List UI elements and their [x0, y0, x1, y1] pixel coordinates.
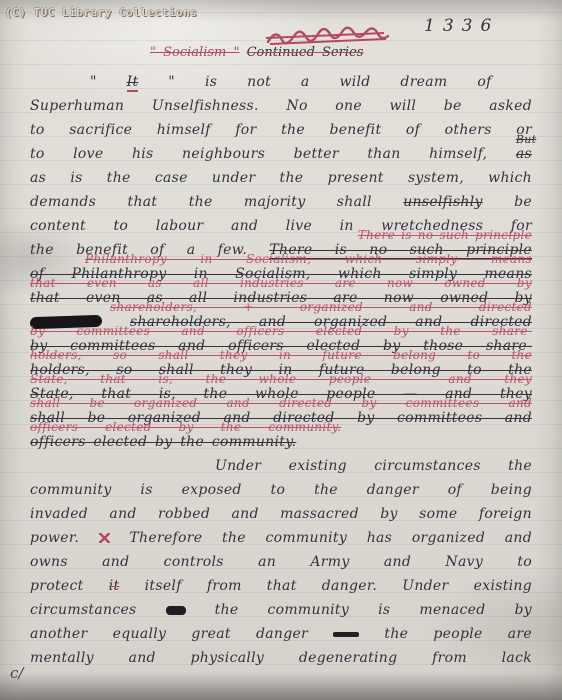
deleted-heading-left: " Socialism " — [150, 45, 239, 60]
red-interlinear-correction: shall be organized and directed by commi… — [30, 397, 532, 409]
handwritten-text: Under existing circumstances the — [215, 458, 532, 474]
handwritten-text: invaded and robbed and massacred by some… — [30, 506, 532, 522]
handwritten-text: community is exposed to the danger of be… — [30, 482, 532, 498]
manuscript-line: Superhuman Unselfishness. No one will be… — [30, 94, 532, 118]
manuscript-line: circumstances the community is menaced b… — [30, 598, 532, 622]
manuscript-line: another equally great danger the people … — [30, 622, 532, 646]
red-interlinear-correction: holders, so shall they in future belong … — [30, 349, 532, 361]
manuscript-line: officers elected by the community.office… — [30, 430, 532, 454]
handwritten-text: protect — [30, 578, 84, 594]
corner-mark: c/ — [10, 664, 23, 682]
handwritten-text: another equally great danger — [30, 626, 308, 642]
handwritten-text: be — [514, 194, 532, 210]
deleted-heading-right: Continued Series — [247, 45, 364, 60]
handwritten-text: to sacrifice himself for the benefit of … — [30, 122, 532, 138]
ink-blot-small-icon — [166, 606, 186, 615]
handwritten-text: Therefore the community has organized an… — [129, 530, 532, 546]
handwritten-text: owns and controls an Army and Navy to — [30, 554, 532, 570]
struck-text: it — [109, 578, 120, 594]
red-interlinear-correction: that even as all industries are now owne… — [30, 277, 532, 289]
handwritten-text: power. — [30, 530, 79, 546]
manuscript-line: demands that the majority shall unselfis… — [30, 190, 532, 214]
manuscript-line: Under existing circumstances the — [30, 454, 532, 478]
handwritten-text: mentally and physically degenerating fro… — [30, 650, 532, 666]
manuscript-line: invaded and robbed and massacred by some… — [30, 502, 532, 526]
red-interlinear-correction: shareholders, + organized and directed — [30, 301, 532, 313]
handwritten-text: demands that the majority shall — [30, 194, 372, 210]
manuscript-line: mentally and physically degenerating fro… — [30, 646, 532, 670]
struck-text: unselfishly — [403, 194, 483, 210]
manuscript-line: as is the case under the present system,… — [30, 166, 532, 190]
red-interlinear-correction: officers elected by the community. — [30, 421, 341, 433]
handwritten-text: itself from that danger. Under existing — [145, 578, 532, 594]
handwritten-text: circumstances — [30, 602, 137, 618]
manuscript-line: to love his neighbours better than himse… — [30, 142, 532, 166]
manuscript-line: to sacrifice himself for the benefit of … — [30, 118, 532, 142]
red-interlinear-correction: by committees and officers elected by th… — [30, 325, 532, 337]
handwritten-text: " — [168, 74, 175, 90]
handwritten-text: Superhuman Unselfishness. No one will be… — [30, 98, 532, 114]
heavy-dash-icon — [333, 632, 359, 637]
deleted-heading: " Socialism " Continued Series — [150, 46, 370, 60]
scanned-manuscript-page: (C) TUC Library Collections 1336 " Socia… — [0, 0, 562, 700]
manuscript-body: " It " is not a wild dream ofSuperhuman … — [30, 70, 532, 670]
manuscript-line: community is exposed to the danger of be… — [30, 478, 532, 502]
struck-text: It — [127, 74, 139, 92]
copyright-watermark: (C) TUC Library Collections — [5, 6, 197, 19]
red-interlinear-correction: State, that is, the whole people — and t… — [30, 373, 532, 385]
struck-text: officers elected by the community. — [30, 434, 296, 450]
handwritten-text: to love his neighbours better than himse… — [30, 146, 487, 162]
handwritten-text: " — [90, 74, 97, 90]
red-interlinear-correction: Philanthropy in Socialism, which simply … — [30, 253, 532, 265]
handwritten-text: the people are — [384, 626, 532, 642]
handwritten-text: the community is menaced by — [215, 602, 532, 618]
struck-text: asBut — [516, 146, 532, 162]
manuscript-line: owns and controls an Army and Navy to — [30, 550, 532, 574]
handwritten-text: is not a wild dream of — [205, 74, 492, 90]
handwritten-text: as is the case under the present system,… — [30, 170, 532, 186]
manuscript-line: power. Therefore the community has organ… — [30, 526, 532, 550]
red-interlinear-correction: There is no such principle — [251, 229, 532, 241]
manuscript-line: protect it itself from that danger. Unde… — [30, 574, 532, 598]
red-tick-icon — [99, 533, 110, 543]
page-number: 1336 — [424, 16, 499, 36]
struck-overwrite-text: But — [516, 134, 537, 145]
manuscript-line: " It " is not a wild dream of — [30, 70, 492, 94]
